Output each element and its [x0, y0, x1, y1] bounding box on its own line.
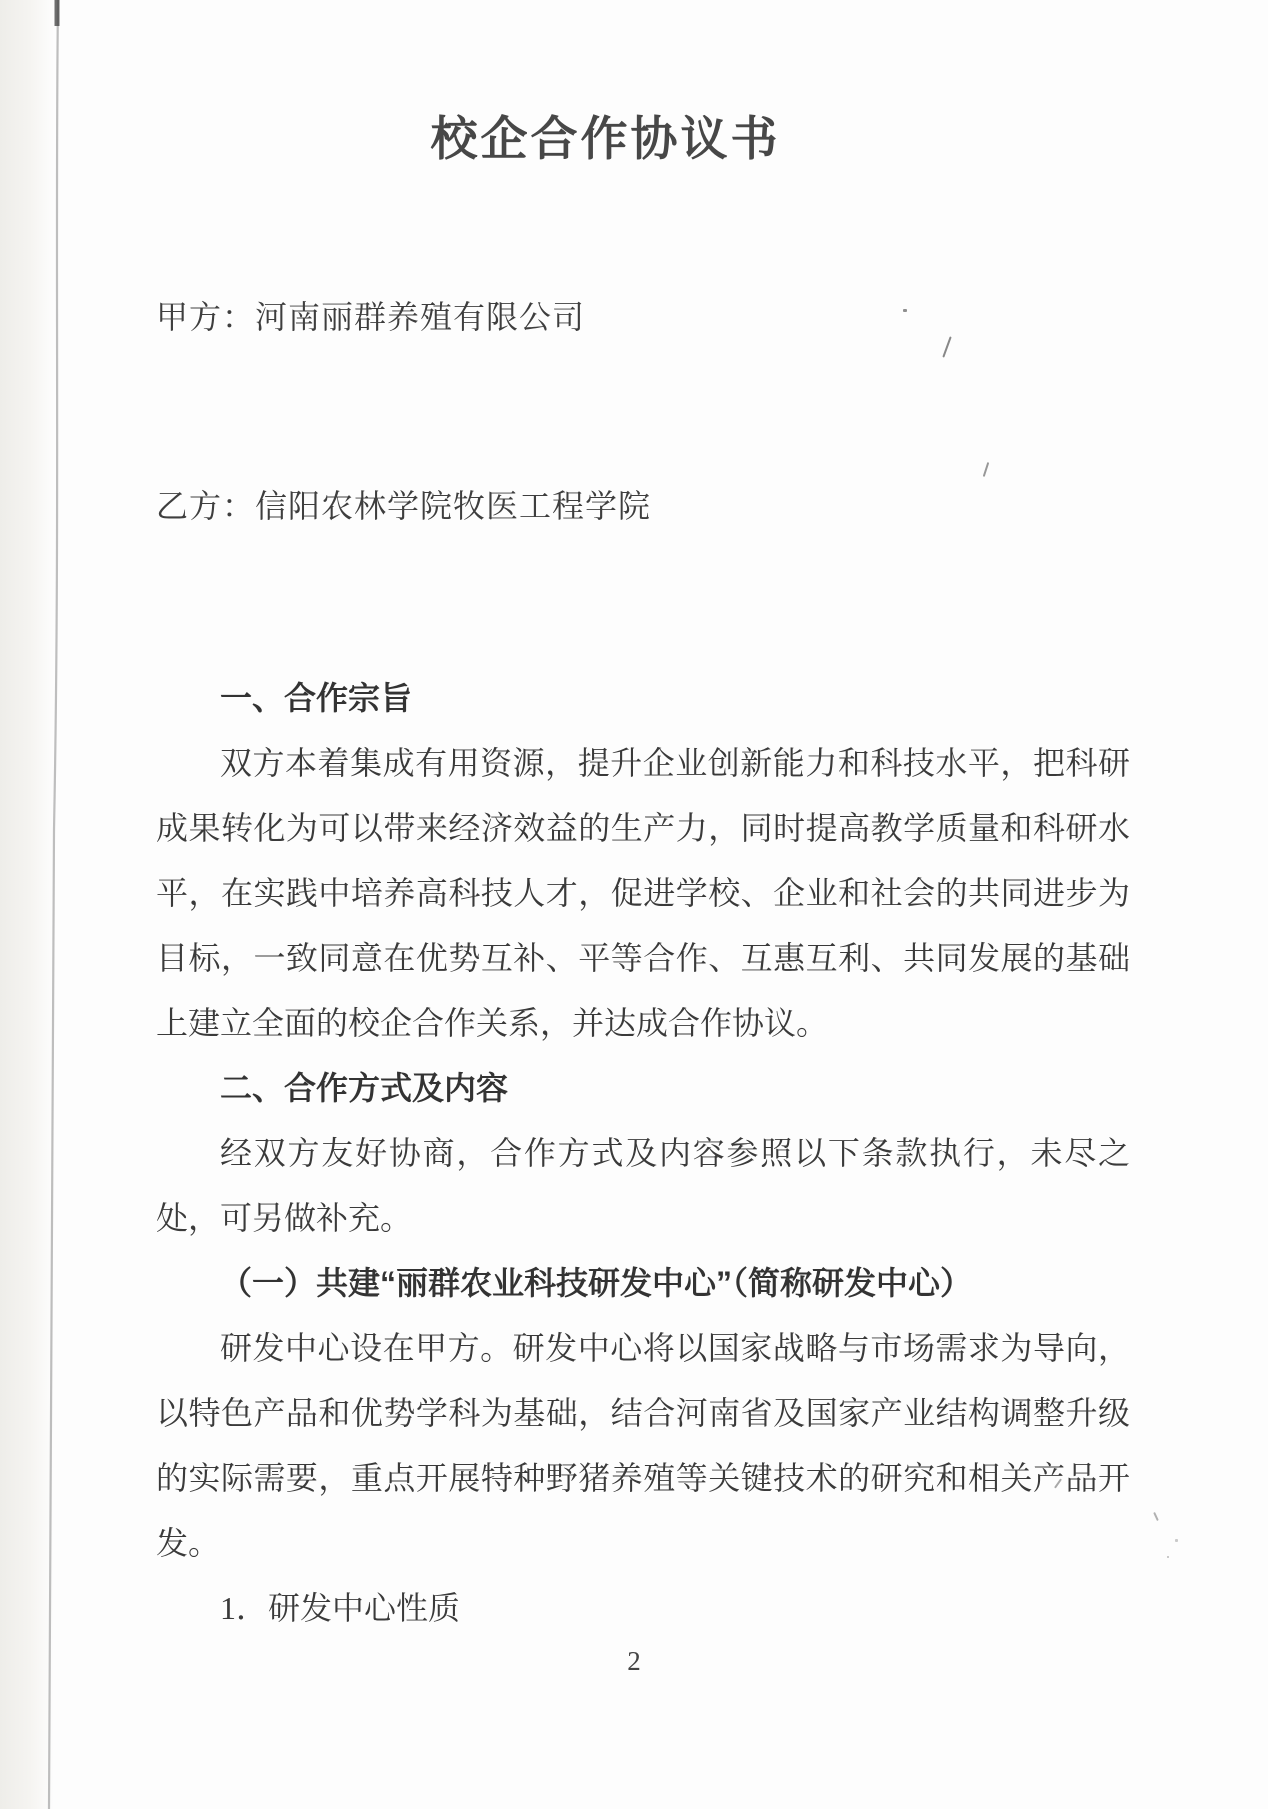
page-number: 2	[0, 1646, 1268, 1677]
section-heading-cooperation-purpose: 一、合作宗旨	[156, 666, 1130, 731]
subsection-heading-rd-center: （一）共建“丽群农业科技研发中心”（简称研发中心）	[156, 1251, 1130, 1316]
scanned-document-page: 校企合作协议书 甲方：河南丽群养殖有限公司 乙方：信阳农林学院牧医工程学院 一、…	[0, 0, 1268, 1809]
scan-speck	[1167, 1556, 1169, 1558]
paragraph-rd-center-description: 研发中心设在甲方。研发中心将以国家战略与市场需求为导向，以特色产品和优势学科为基…	[156, 1316, 1130, 1576]
document-title: 校企合作协议书	[118, 102, 1093, 169]
document-body: 一、合作宗旨 双方本着集成有用资源，提升企业创新能力和科技水平，把科研成果转化为…	[156, 666, 1130, 1641]
scan-speck	[903, 309, 907, 312]
scan-speck	[1175, 1539, 1178, 1542]
party-b-line: 乙方：信阳农林学院牧医工程学院	[156, 481, 651, 527]
paragraph-consultation: 经双方友好协商，合作方式及内容参照以下条款执行，未尽之处，可另做补充。	[156, 1121, 1130, 1251]
list-item-rd-center-nature: 1．研发中心性质	[156, 1576, 1130, 1641]
paragraph-cooperation-purpose: 双方本着集成有用资源，提升企业创新能力和科技水平，把科研成果转化为可以带来经济效…	[156, 731, 1130, 1056]
section-heading-cooperation-methods: 二、合作方式及内容	[156, 1056, 1130, 1121]
party-a-line: 甲方：河南丽群养殖有限公司	[156, 292, 585, 338]
